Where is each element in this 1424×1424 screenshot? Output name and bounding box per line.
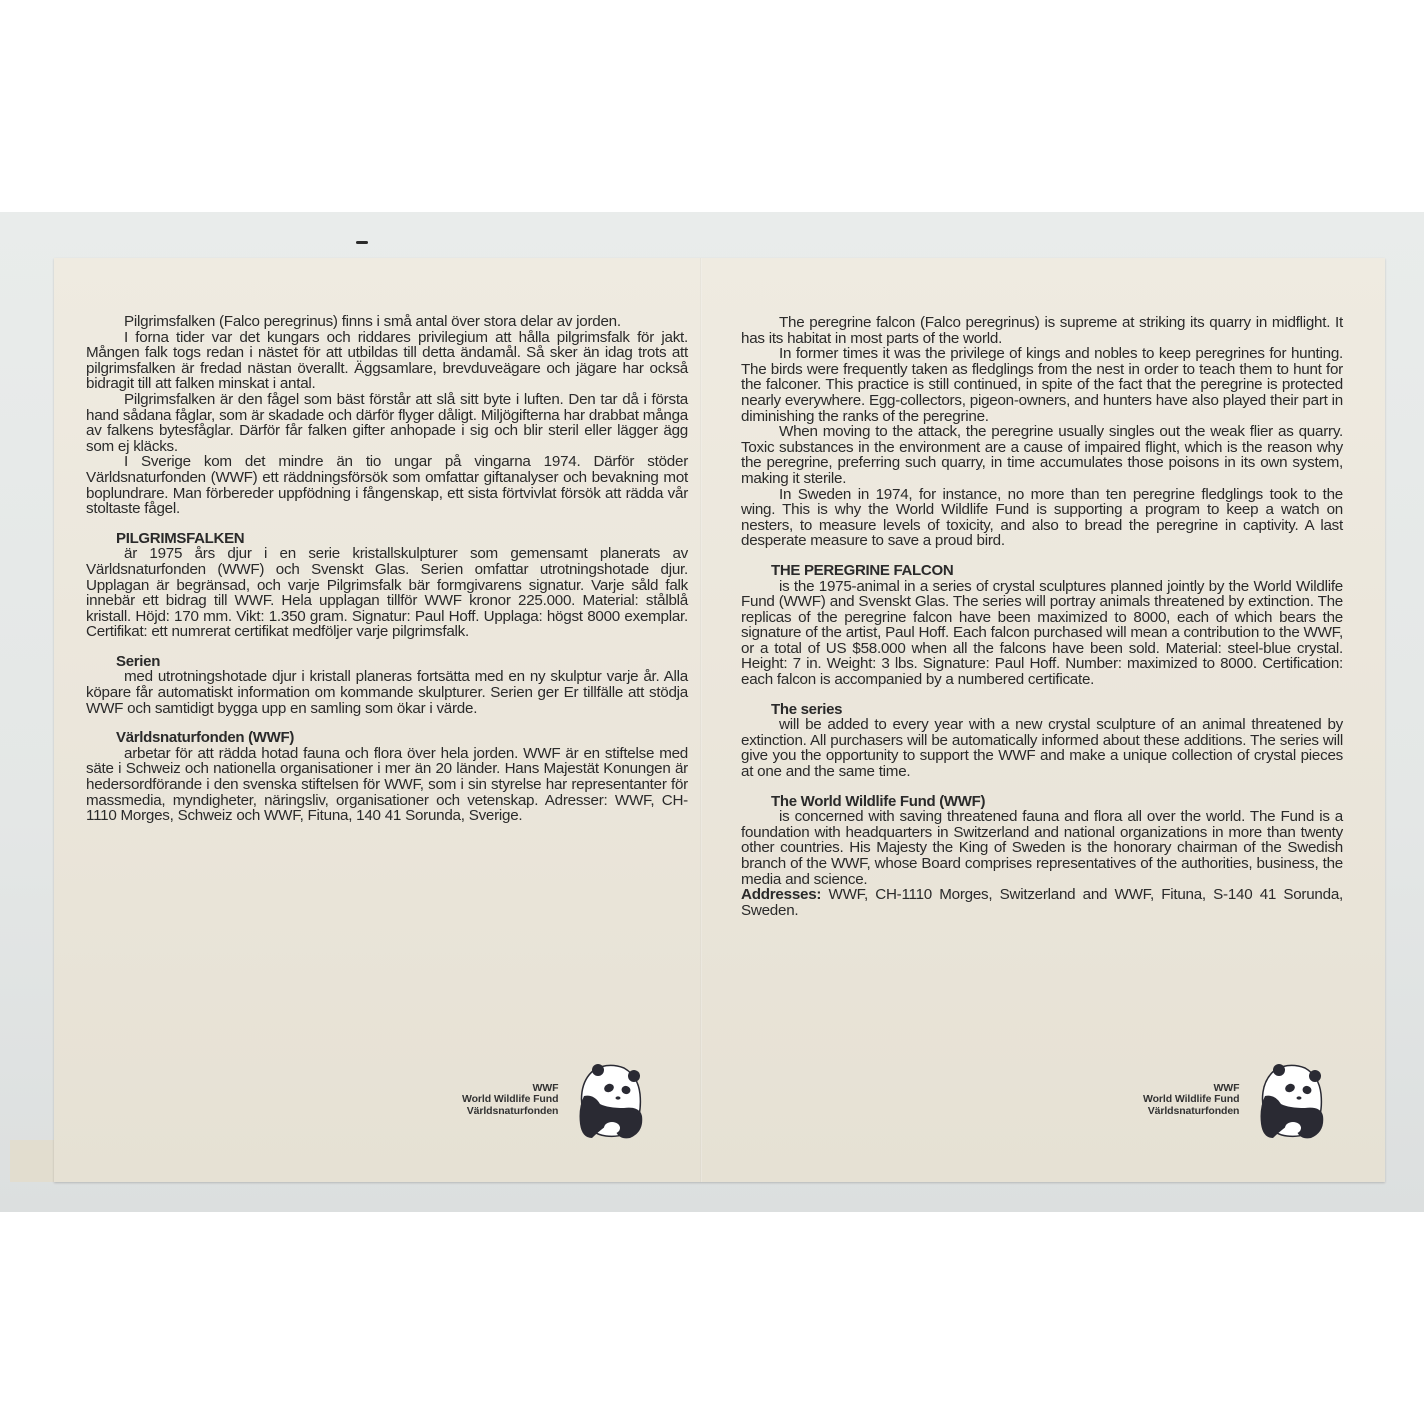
section-pilgrimsfalken: PILGRIMSFALKEN är 1975 års djur i en ser… <box>86 531 688 640</box>
section-body: arbetar för att rädda hotad fauna och fl… <box>86 746 688 824</box>
section-heading: PILGRIMSFALKEN <box>116 531 688 547</box>
section-body: is concerned with saving threatened faun… <box>741 809 1343 887</box>
ink-mark <box>356 241 368 244</box>
wwf-logo-right: WWF World Wildlife Fund Världsnaturfonde… <box>1143 1058 1329 1142</box>
section-body: is the 1975-animal in a series of crysta… <box>741 579 1343 688</box>
intro-paragraph: I Sverige kom det mindre än tio ungar på… <box>86 454 688 516</box>
section-varldsnaturfonden: Världsnaturfonden (WWF) arbetar för att … <box>86 730 688 824</box>
addresses-line: Addresses: WWF, CH-1110 Morges, Switzerl… <box>741 887 1343 918</box>
paper-edge <box>10 1140 54 1182</box>
section-the-series: The series will be added to every year w… <box>741 702 1343 780</box>
section-heading: THE PEREGRINE FALCON <box>771 563 1343 579</box>
swedish-column: Pilgrimsfalken (Falco peregrinus) finns … <box>86 314 688 824</box>
section-peregrine-falcon: THE PEREGRINE FALCON is the 1975-animal … <box>741 563 1343 688</box>
addresses-text: WWF, CH-1110 Morges, Switzerland and WWF… <box>741 886 1343 919</box>
intro-paragraph: I forna tider var det kungars och riddar… <box>86 330 688 392</box>
section-serien: Serien med utrotningshotade djur i krist… <box>86 654 688 716</box>
wwf-logo-left: WWF World Wildlife Fund Världsnaturfonde… <box>462 1058 648 1142</box>
section-body: will be added to every year with a new c… <box>741 717 1343 779</box>
section-heading: Världsnaturfonden (WWF) <box>116 730 688 746</box>
section-body: är 1975 års djur i en serie kristallskul… <box>86 546 688 640</box>
section-heading: Serien <box>116 654 688 670</box>
section-world-wildlife-fund: The World Wildlife Fund (WWF) is concern… <box>741 794 1343 919</box>
panda-icon <box>564 1058 648 1142</box>
section-heading: The World Wildlife Fund (WWF) <box>771 794 1343 810</box>
logo-line-swedish-name: Världsnaturfonden <box>1143 1106 1239 1118</box>
panda-icon <box>1245 1058 1329 1142</box>
logo-text: WWF World Wildlife Fund Världsnaturfonde… <box>462 1083 558 1118</box>
logo-text: WWF World Wildlife Fund Världsnaturfonde… <box>1143 1083 1239 1118</box>
intro-paragraph: Pilgrimsfalken är den fågel som bäst för… <box>86 392 688 454</box>
intro-paragraph: In former times it was the privilege of … <box>741 346 1343 424</box>
intro-paragraph: In Sweden in 1974, for instance, no more… <box>741 487 1343 549</box>
intro-paragraph: Pilgrimsfalken (Falco peregrinus) finns … <box>86 314 688 330</box>
addresses-label: Addresses: <box>741 886 821 903</box>
intro-paragraph: When moving to the attack, the peregrine… <box>741 424 1343 486</box>
section-body: med utrotningshotade djur i kristall pla… <box>86 669 688 716</box>
intro-paragraph: The peregrine falcon (Falco peregrinus) … <box>741 315 1343 346</box>
english-column: The peregrine falcon (Falco peregrinus) … <box>741 315 1343 918</box>
center-fold <box>700 258 702 1182</box>
section-heading: The series <box>771 702 1343 718</box>
logo-line-swedish-name: Världsnaturfonden <box>462 1106 558 1118</box>
